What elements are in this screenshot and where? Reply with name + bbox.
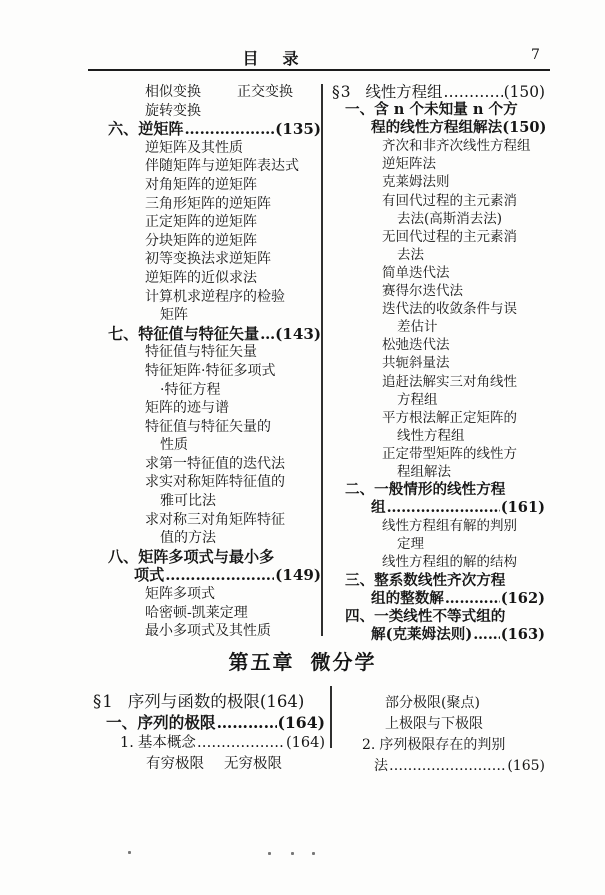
entry-label: 六、	[108, 120, 138, 139]
entry-text: 程组解法	[397, 463, 451, 481]
entry-text: 正定带型矩阵的线性方	[382, 445, 517, 463]
entry-text-2: 正交变换	[237, 83, 293, 102]
toc-entry: 矩阵多项式	[95, 585, 321, 604]
toc-entry: 追赶法解实三对角线性	[332, 373, 545, 391]
toc-entry: 逆矩阵法	[332, 155, 545, 173]
entry-text: 一般情形的线性方程	[374, 481, 505, 499]
entry-text: 初等变换法求逆矩阵	[145, 250, 271, 269]
toc-entry: 简单迭代法	[332, 264, 545, 282]
toc-entry: 有回代过程的主元素消	[332, 192, 545, 210]
toc-entry: 差估计	[332, 318, 545, 336]
dot-leader: ……………………………………………………	[260, 325, 274, 344]
toc-entry: 四、一类线性不等式组的	[332, 608, 545, 626]
entry-text: 雅可比法	[160, 492, 216, 511]
toc-entry: 克莱姆法则	[332, 173, 545, 191]
entry-text: 三角形矩阵的逆矩阵	[145, 195, 271, 214]
entry-page-number: (150)	[502, 119, 546, 137]
entry-label: 三、	[345, 572, 374, 590]
entry-text: 定理	[397, 535, 424, 553]
dot-leader: ……………………………………………………	[197, 733, 285, 754]
toc-entry: 部分极限(聚点)	[335, 693, 545, 714]
toc-entry: 正定矩阵的逆矩阵	[95, 213, 321, 232]
toc-entry: 值的方法	[95, 529, 321, 548]
entry-text: 求对称三对角矩阵特征	[145, 511, 285, 530]
entry-text: 解(克莱姆法则)	[371, 626, 472, 644]
entry-text: 组	[371, 499, 386, 517]
entry-label: §3	[332, 83, 351, 101]
toc-entry: 求第一特征值的迭代法	[95, 455, 321, 474]
toc-entry: 求对称三对角矩阵特征	[95, 511, 321, 530]
toc-entry: 性质	[95, 436, 321, 455]
toc-entry: 分块矩阵的逆矩阵	[95, 232, 321, 251]
toc-entry: §1序列与函数的极限(164)	[93, 691, 325, 712]
dot-leader: ……………………………………………………	[185, 120, 275, 139]
toc-entry: 解(克莱姆法则)……………………………………………………(163)	[332, 626, 545, 644]
toc-entry: 八、矩阵多项式与最小多	[95, 548, 321, 567]
entry-page-number: (164)	[260, 691, 304, 712]
entry-text: 逆矩阵法	[382, 155, 436, 173]
toc-entry: 逆矩阵的近似求法	[95, 269, 321, 288]
toc-entry: 上极限与下极限	[335, 714, 545, 735]
entry-text: 矩阵	[160, 306, 188, 325]
toc-entry: 初等变换法求逆矩阵	[95, 250, 321, 269]
toc-entry: 齐次和非齐次线性方程组	[332, 137, 545, 155]
entry-text: 方程组	[397, 391, 438, 409]
toc-entry: ·特征方程	[95, 381, 321, 400]
entry-text: 追赶法解实三对角线性	[382, 373, 517, 391]
entry-text: 对角矩阵的逆矩阵	[145, 176, 257, 195]
entry-text: 去法(高斯消去法)	[397, 210, 502, 228]
dot-leader: ……………………………………………………	[473, 626, 500, 644]
scan-speck	[312, 852, 315, 855]
toc-entry: 线性方程组有解的判别	[332, 517, 545, 535]
entry-text: 旋转变换	[145, 102, 201, 121]
entry-text: 齐次和非齐次线性方程组	[382, 137, 531, 155]
entry-text: 含 n 个未知量 n 个方	[374, 101, 518, 119]
entry-text: 性质	[160, 436, 188, 455]
scan-speck	[268, 852, 271, 855]
toc-entry: 特征矩阵·特征多项式	[95, 362, 321, 381]
toc-entry: 法……………………………………………………(165)	[335, 756, 545, 777]
entry-text: 值的方法	[160, 529, 216, 548]
toc-entry: 去法(高斯消去法)	[332, 210, 545, 228]
toc-entry: 三角形矩阵的逆矩阵	[95, 195, 321, 214]
toc-entry: 矩阵的迹与谱	[95, 399, 321, 418]
toc-entry: 六、逆矩阵……………………………………………………(135)	[95, 120, 321, 139]
toc-entry: 特征值与特征矢量	[95, 343, 321, 362]
entry-page-number: (164)	[286, 733, 325, 754]
entry-text: 序列极限存在的判别	[379, 735, 505, 756]
entry-text: 基本概念	[138, 733, 196, 754]
entry-text: 哈密顿-凯莱定理	[145, 604, 248, 623]
entry-text: 去法	[397, 246, 424, 264]
toc-entry: 组……………………………………………………(161)	[332, 499, 545, 517]
header-rule	[88, 69, 550, 71]
entry-text: 迭代法的收敛条件与误	[382, 300, 517, 318]
toc-entry: 一、序列的极限……………………………………………………(164)	[93, 712, 325, 733]
entry-text: 程的线性方程组解法	[371, 119, 502, 137]
column-divider	[321, 84, 323, 636]
toc-entry: 三、整系数线性齐次方程	[332, 572, 545, 590]
entry-text: 法	[374, 756, 388, 777]
entry-text-2: 无穷极限	[224, 754, 282, 775]
dot-leader: ……………………………………………………	[389, 756, 506, 777]
toc-entry: 无回代过程的主元素消	[332, 228, 545, 246]
entry-text: 矩阵多项式与最小多	[138, 548, 274, 567]
entry-text: 线性方程组	[365, 83, 442, 101]
toc-entry: 七、特征值与特征矢量……………………………………………………(143)	[95, 325, 321, 344]
toc-entry: 去法	[332, 246, 545, 264]
entry-label: 1.	[120, 733, 134, 754]
toc-entry: 矩阵	[95, 306, 321, 325]
entry-text: ·特征方程	[160, 381, 220, 400]
book-page: 目 录 7 相似变换正交变换旋转变换六、逆矩阵………………………………………………	[0, 0, 605, 895]
entry-text: 求实对称矩阵特征值的	[145, 473, 285, 492]
entry-text: 特征矩阵·特征多项式	[145, 362, 275, 381]
toc-entry: 迭代法的收敛条件与误	[332, 300, 545, 318]
chapter-number: 第五章	[229, 650, 295, 674]
toc-column-bottom-right: 部分极限(聚点)上极限与下极限2.序列极限存在的判别法……………………………………	[335, 693, 545, 777]
page-header-title: 目 录	[0, 46, 545, 69]
entry-text: 松弛迭代法	[382, 336, 450, 354]
entry-page-number: (164)	[278, 712, 326, 733]
entry-page-number: (150)	[504, 83, 545, 101]
scan-speck	[128, 851, 131, 854]
entry-page-number: (143)	[275, 325, 321, 344]
entry-text: 最小多项式及其性质	[145, 622, 271, 641]
entry-label: 二、	[345, 481, 374, 499]
entry-page-number: (162)	[501, 590, 545, 608]
entry-text: 赛得尔迭代法	[382, 282, 463, 300]
column-divider-bottom	[330, 686, 332, 748]
toc-entry: 相似变换正交变换	[95, 83, 321, 102]
toc-entry: 求实对称矩阵特征值的	[95, 473, 321, 492]
entry-text: 伴随矩阵与逆矩阵表达式	[145, 157, 299, 176]
toc-entry: 程组解法	[332, 463, 545, 481]
entry-text: 部分极限(聚点)	[385, 693, 480, 714]
entry-text: 序列与函数的极限	[128, 691, 260, 712]
entry-text: 逆矩阵的近似求法	[145, 269, 257, 288]
entry-label: 2.	[362, 735, 375, 756]
entry-text: 无回代过程的主元素消	[382, 228, 517, 246]
toc-column-right: §3线性方程组……………………………………………………(150)一、含 n 个未…	[332, 83, 545, 644]
entry-text: 特征值与特征矢量的	[145, 418, 271, 437]
entry-text: 克莱姆法则	[382, 173, 450, 191]
entry-label: 四、	[345, 608, 374, 626]
toc-entry: 伴随矩阵与逆矩阵表达式	[95, 157, 321, 176]
entry-text: 组的整数解	[371, 590, 444, 608]
entry-text: 矩阵的迹与谱	[145, 399, 229, 418]
dot-leader: ……………………………………………………	[165, 566, 274, 585]
dot-leader: ……………………………………………………	[445, 590, 500, 608]
entry-page-number: (163)	[501, 626, 545, 644]
toc-entry: 最小多项式及其性质	[95, 622, 321, 641]
entry-text: 线性方程组的解的结构	[382, 553, 517, 571]
toc-entry: 共轭斜量法	[332, 354, 545, 372]
chapter-title: 微分学	[311, 650, 377, 674]
entry-text: 线性方程组有解的判别	[382, 517, 517, 535]
entry-label: 七、	[108, 325, 138, 344]
entry-page-number: (165)	[507, 756, 545, 777]
entry-text: 特征值与特征矢量	[145, 343, 257, 362]
toc-entry: 2.序列极限存在的判别	[335, 735, 545, 756]
toc-entry: 特征值与特征矢量的	[95, 418, 321, 437]
toc-entry: 逆矩阵及其性质	[95, 139, 321, 158]
toc-entry: §3线性方程组……………………………………………………(150)	[332, 83, 545, 101]
entry-text: 正定矩阵的逆矩阵	[145, 213, 257, 232]
entry-page-number: (149)	[275, 566, 321, 585]
toc-entry: 1.基本概念……………………………………………………(164)	[93, 733, 325, 754]
toc-entry: 有穷极限无穷极限	[93, 754, 325, 775]
scan-speck	[291, 852, 294, 855]
toc-entry: 平方根法解正定矩阵的	[332, 409, 545, 427]
dot-leader: ……………………………………………………	[443, 83, 502, 101]
toc-entry: 旋转变换	[95, 102, 321, 121]
entry-text: 求第一特征值的迭代法	[145, 455, 285, 474]
toc-entry: 项式……………………………………………………(149)	[95, 566, 321, 585]
entry-text: 有回代过程的主元素消	[382, 192, 517, 210]
dot-leader: ……………………………………………………	[387, 499, 500, 517]
entry-text: 计算机求逆程序的检验	[145, 288, 285, 307]
entry-text: 共轭斜量法	[382, 354, 450, 372]
entry-label: §1	[93, 691, 114, 712]
toc-entry: 赛得尔迭代法	[332, 282, 545, 300]
toc-entry: 正定带型矩阵的线性方	[332, 445, 545, 463]
entry-page-number: (161)	[501, 499, 545, 517]
entry-text: 上极限与下极限	[385, 714, 483, 735]
toc-column-left: 相似变换正交变换旋转变换六、逆矩阵……………………………………………………(13…	[95, 83, 321, 641]
dot-leader: ……………………………………………………	[217, 712, 277, 733]
entry-text: 平方根法解正定矩阵的	[382, 409, 517, 427]
entry-text: 逆矩阵	[138, 120, 183, 139]
toc-entry: 程的线性方程组解法(150)	[332, 119, 545, 137]
entry-text: 序列的极限	[137, 712, 215, 733]
toc-column-bottom-left: §1序列与函数的极限(164)一、序列的极限…………………………………………………	[93, 691, 325, 775]
toc-entry: 哈密顿-凯莱定理	[95, 604, 321, 623]
entry-text: 逆矩阵及其性质	[145, 139, 243, 158]
entry-text: 一类线性不等式组的	[374, 608, 505, 626]
entry-label: 一、	[345, 101, 374, 119]
folio-page-number: 7	[531, 47, 540, 63]
toc-entry: 线性方程组的解的结构	[332, 553, 545, 571]
entry-text: 项式	[134, 566, 164, 585]
entry-text: 整系数线性齐次方程	[374, 572, 505, 590]
toc-entry: 计算机求逆程序的检验	[95, 288, 321, 307]
chapter-heading: 第五章微分学	[0, 646, 605, 675]
entry-text: 分块矩阵的逆矩阵	[145, 232, 257, 251]
entry-text: 特征值与特征矢量	[138, 325, 259, 344]
toc-entry: 二、一般情形的线性方程	[332, 481, 545, 499]
entry-text: 简单迭代法	[382, 264, 450, 282]
entry-text: 差估计	[397, 318, 438, 336]
entry-text: 线性方程组	[397, 427, 465, 445]
toc-entry: 雅可比法	[95, 492, 321, 511]
entry-text: 相似变换	[145, 83, 201, 102]
entry-page-number: (135)	[275, 120, 321, 139]
entry-label: 一、	[106, 712, 137, 733]
toc-entry: 对角矩阵的逆矩阵	[95, 176, 321, 195]
toc-entry: 定理	[332, 535, 545, 553]
entry-text: 矩阵多项式	[145, 585, 215, 604]
entry-text: 有穷极限	[146, 754, 204, 775]
toc-entry: 线性方程组	[332, 427, 545, 445]
entry-label: 八、	[108, 548, 138, 567]
toc-entry: 松弛迭代法	[332, 336, 545, 354]
toc-entry: 组的整数解……………………………………………………(162)	[332, 590, 545, 608]
toc-entry: 一、含 n 个未知量 n 个方	[332, 101, 545, 119]
toc-entry: 方程组	[332, 391, 545, 409]
